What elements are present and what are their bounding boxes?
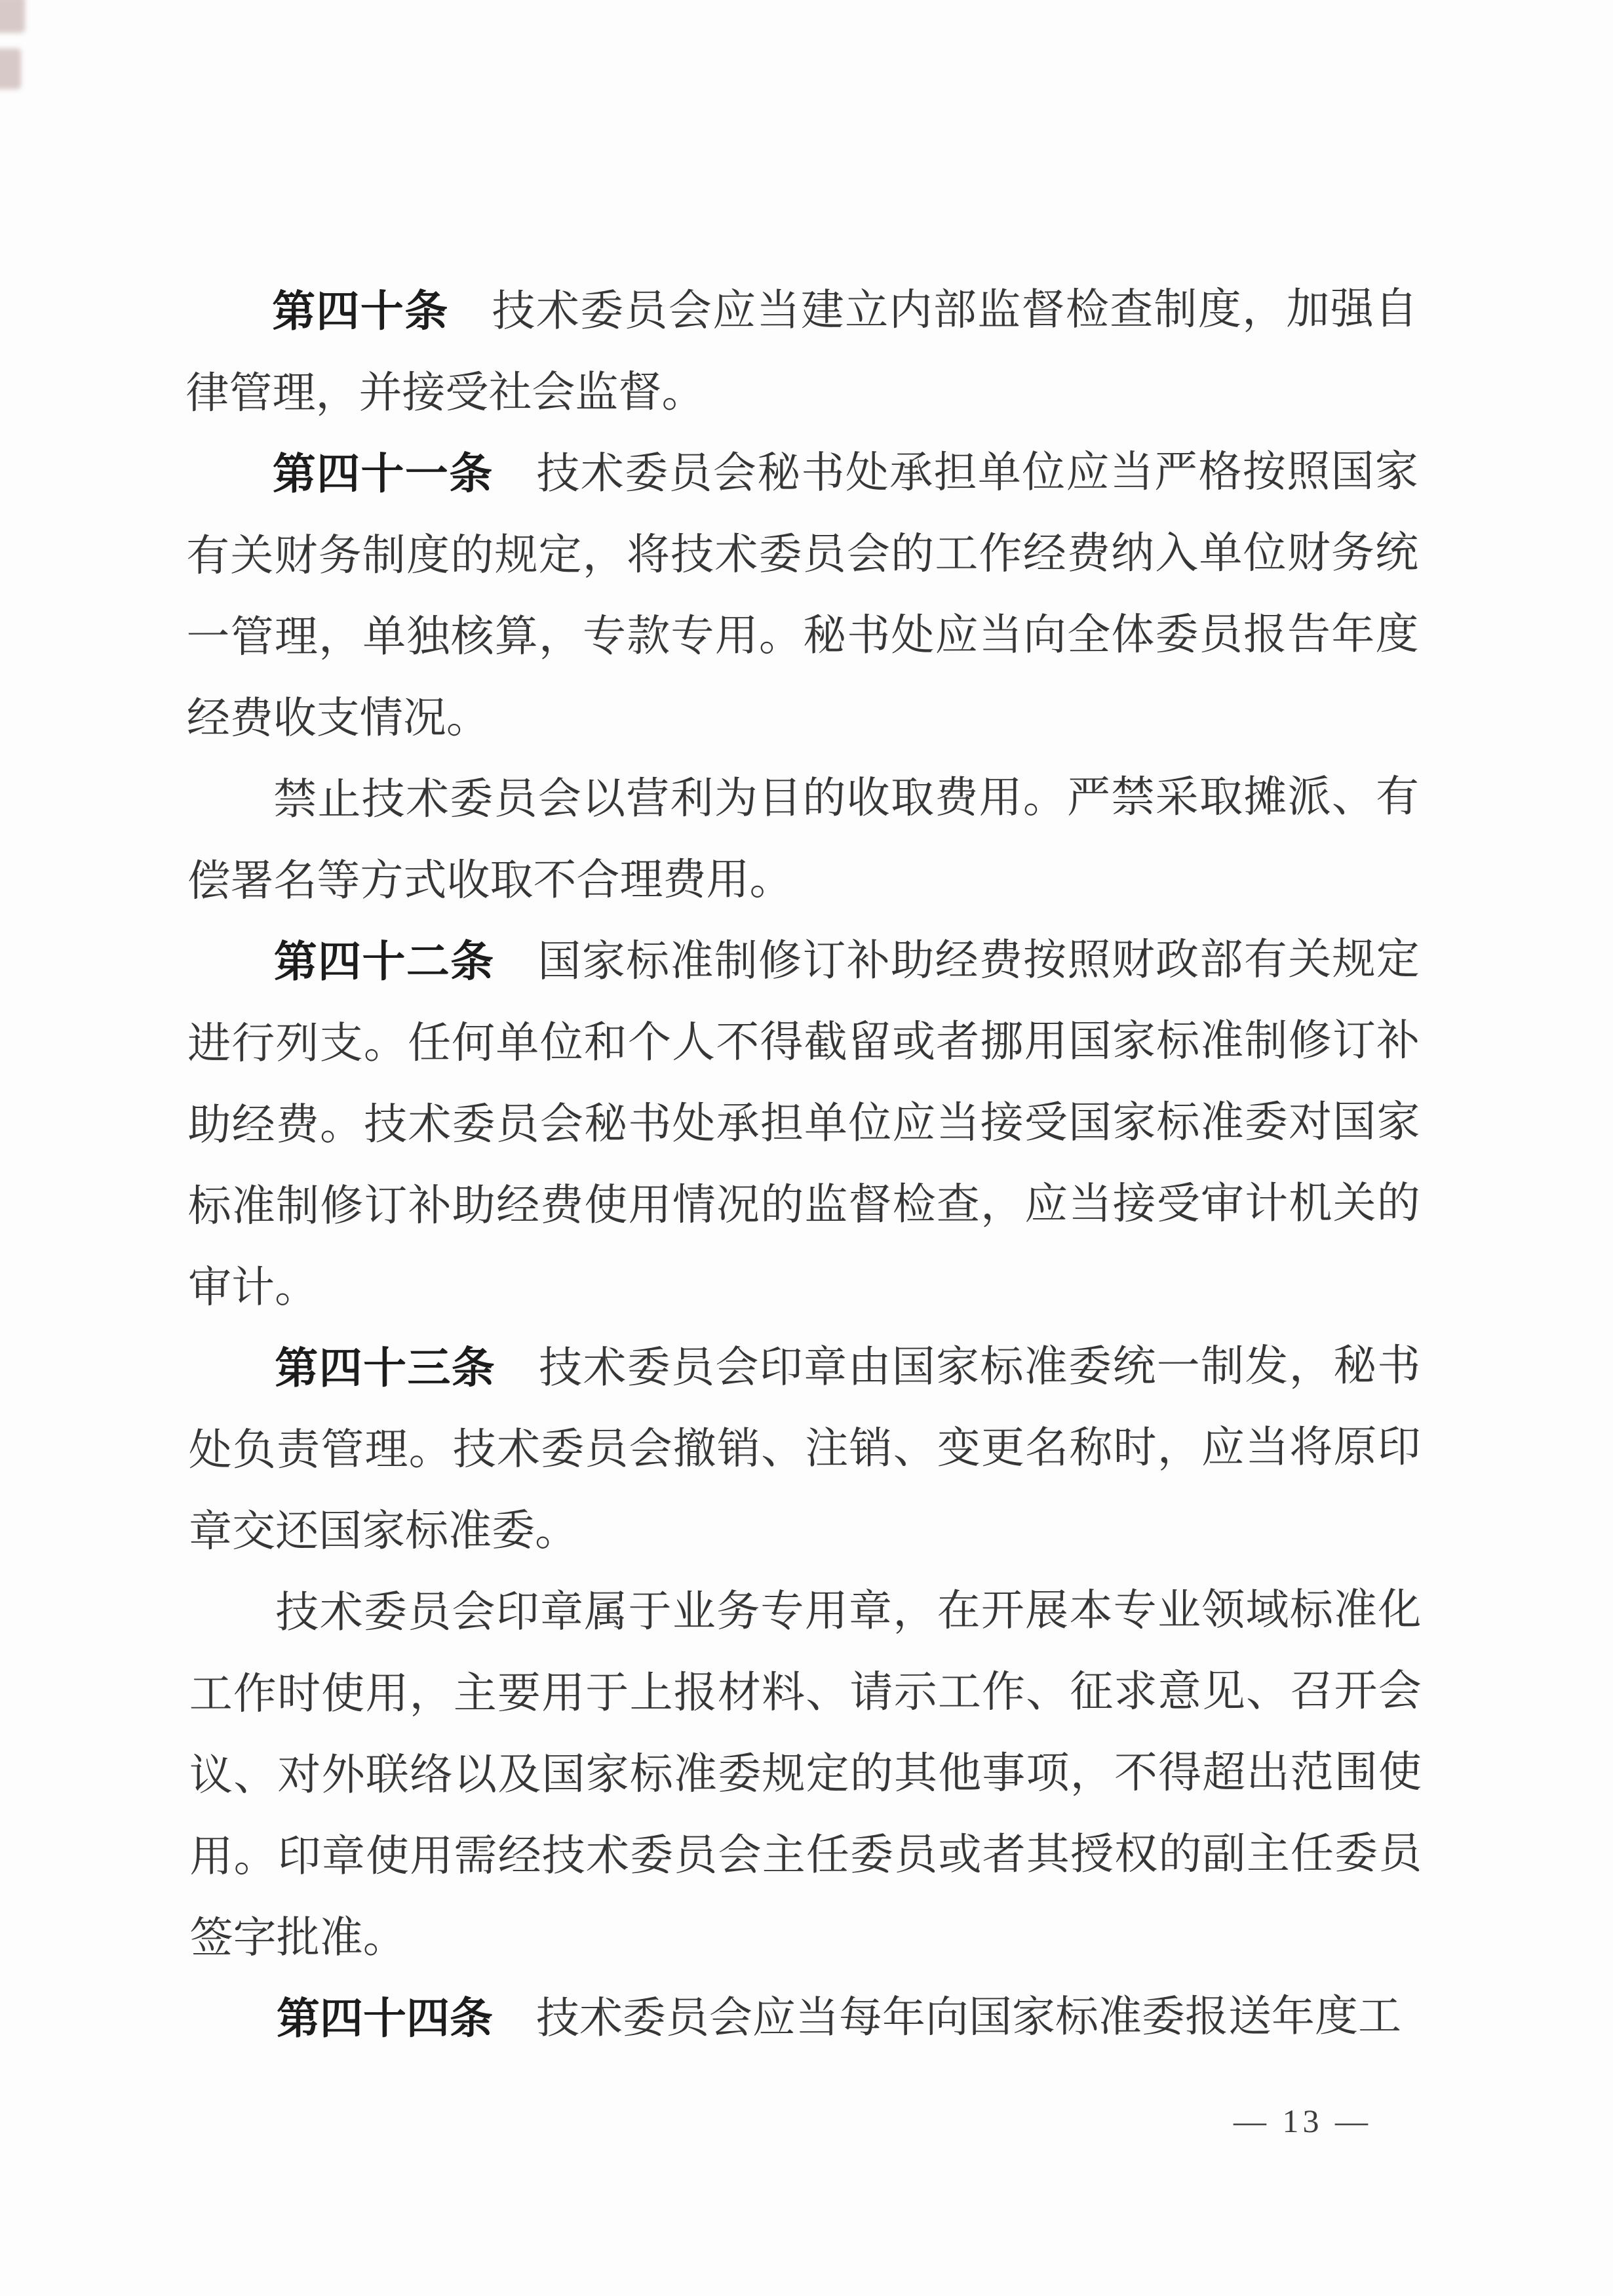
article-number: 第四十四条: [277, 1995, 493, 2044]
article-number: 第四十二条: [274, 938, 495, 987]
scan-edge-artifact: [0, 49, 21, 89]
body-paragraph: 禁止技术委员会以营利为目的收取费用。严禁采取摊派、有偿署名等方式收取不合理费用。: [187, 757, 1420, 922]
article-text: 国家标准制修订补助经费按照财政部有关规定进行列支。任何单位和个人不得截留或者挪用…: [187, 936, 1420, 1312]
article-number: 第四十一条: [273, 450, 494, 499]
article-text: 禁止技术委员会以营利为目的收取费用。严禁采取摊派、有偿署名等方式收取不合理费用。: [187, 773, 1419, 905]
body-paragraph: 技术委员会印章属于业务专用章，在开展本专业领域标准化工作时使用，主要用于上报材料…: [189, 1570, 1422, 1979]
page-number: — 13 —: [1234, 2102, 1372, 2140]
article-paragraph-40: 第四十条技术委员会应当建立内部监督检查制度，加强自律管理，并接受社会监督。: [185, 269, 1418, 435]
article-paragraph-43: 第四十三条技术委员会印章由国家标准委统一制发，秘书处负责管理。技术委员会撤销、注…: [188, 1326, 1421, 1573]
article-text: 技术委员会应当每年向国家标准委报送年度工: [536, 1992, 1401, 2042]
scanned-document-page: 第四十条技术委员会应当建立内部监督检查制度，加强自律管理，并接受社会监督。 第四…: [0, 0, 1613, 2296]
article-number: 第四十三条: [275, 1345, 496, 1393]
article-paragraph-41: 第四十一条技术委员会秘书处承担单位应当严格按照国家有关财务制度的规定，将技术委员…: [186, 431, 1419, 760]
article-paragraph-42: 第四十二条国家标准制修订补助经费按照财政部有关规定进行列支。任何单位和个人不得截…: [187, 919, 1421, 1329]
scan-edge-artifact: [0, 0, 25, 33]
article-paragraph-44: 第四十四条技术委员会应当每年向国家标准委报送年度工: [190, 1976, 1422, 2061]
article-text: 技术委员会印章属于业务专用章，在开展本专业领域标准化工作时使用，主要用于上报材料…: [189, 1586, 1422, 1962]
document-body: 第四十条技术委员会应当建立内部监督检查制度，加强自律管理，并接受社会监督。 第四…: [185, 269, 1422, 2061]
article-number: 第四十条: [272, 288, 449, 336]
